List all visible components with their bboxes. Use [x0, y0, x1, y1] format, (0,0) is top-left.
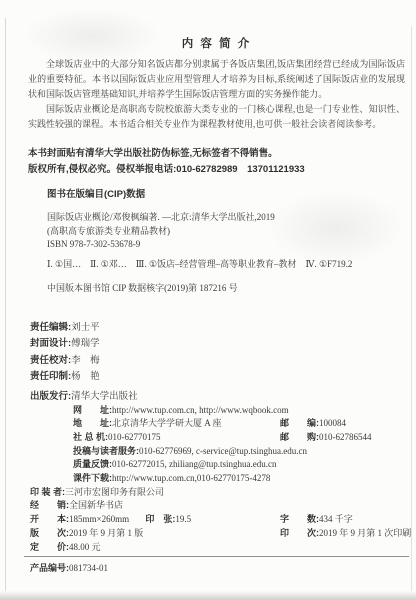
publishing-info: 出版发行:清华大学出版社 网 址:http://www.tup.com.cn, …	[28, 390, 405, 486]
publisher-website-row: 网 址:http://www.tup.com.cn, http://www.wq…	[28, 404, 405, 418]
printer-value: 三河市宏图印务有限公司	[65, 487, 164, 497]
notice-line-1: 本书封面贴有清华大学出版社防伪标签,无标签者不得销售。	[28, 146, 405, 162]
price-row: 定 价:48.00 元	[28, 541, 405, 555]
address-value: 北京清华大学学研大厦 A 座	[112, 418, 222, 428]
colophon-page: 内 容 简 介 全球饭店业中的大部分知名饭店都分别隶属于各饭店集团,饭店集团经营…	[0, 0, 416, 600]
print-info: 印 装 者:三河市宏图印务有限公司 经 销:全国新华书店 开 本:185mm×2…	[28, 486, 405, 555]
cip-heading: 图书在版编目(CIP)数据	[47, 188, 405, 201]
postcode-value: 100084	[319, 418, 346, 428]
price-label: 定 价:	[30, 542, 69, 552]
reader-service-label: 投稿与读者服务:	[73, 446, 139, 456]
mail-order-value: 010-62786544	[319, 432, 372, 442]
notice-line-2: 版权所有,侵权必究。侵权举报电话:010-62782989 1370112193…	[28, 162, 405, 178]
distributor-row: 经 销:全国新华书店	[28, 499, 405, 513]
cip-record-number: 中国版本图书馆 CIP 数据核字(2019)第 187216 号	[47, 282, 405, 296]
format-label: 开 本:	[30, 514, 69, 524]
postcode-pair: 邮 编:100084	[280, 417, 346, 431]
word-count-label: 字 数:	[280, 514, 319, 524]
impression-label: 印 次:	[280, 528, 319, 538]
printer-label: 印 装 者:	[30, 487, 65, 497]
publisher-label: 出版发行:	[30, 391, 71, 402]
website-label: 网 址:	[73, 405, 112, 415]
product-number-row: 产品编号:081734-01	[28, 562, 405, 575]
printer-row: 印 装 者:三河市宏图印务有限公司	[28, 486, 405, 500]
postcode-label: 邮 编:	[280, 418, 319, 428]
cip-isbn: ISBN 978-7-302-53678-9	[47, 238, 405, 252]
format-value: 185mm×260mm	[69, 514, 129, 524]
publisher-switchboard-row: 社 总 机:010-62770175 邮 购:010-62786544	[28, 431, 405, 445]
page-edge-bottom	[0, 591, 416, 600]
impression-value: 2019 年 9 月第 1 次印刷	[319, 528, 411, 538]
address-label: 地 址:	[73, 418, 112, 428]
impression-pair: 印 次:2019 年 9 月第 1 次印刷	[280, 527, 411, 541]
page-edge-left	[5, 18, 6, 592]
staff-value: 杨 艳	[71, 372, 100, 382]
courseware-value: http://www.tup.com.cn,010-62770175-4278	[112, 473, 270, 483]
staff-value: 刘士平	[71, 323, 100, 333]
publisher-address-row: 地 址:北京清华大学学研大厦 A 座 邮 编:100084	[28, 417, 405, 431]
summary-title: 内 容 简 介	[28, 38, 405, 51]
cip-series-line: (高职高专旅游类专业精品教材)	[47, 225, 405, 239]
mail-order-pair: 邮 购:010-62786544	[280, 431, 372, 445]
staff-value: 李 梅	[71, 356, 100, 366]
quality-feedback-row: 质量反馈:010-62772015, zhiliang@tup.tsinghua…	[28, 458, 405, 472]
staff-label: 责任印制:	[30, 371, 71, 382]
anti-piracy-notice: 本书封面贴有清华大学出版社防伪标签,无标签者不得销售。 版权所有,侵权必究。侵权…	[28, 146, 405, 178]
staff-row-editor: 责任编辑:刘士平	[30, 320, 405, 337]
edition-label: 版 次:	[30, 528, 69, 538]
format-row: 开 本:185mm×260mm 印 张:19.5 字 数:434 千字	[28, 513, 405, 527]
switchboard-value: 010-62770175	[108, 432, 161, 442]
staff-label: 责任编辑:	[30, 322, 71, 333]
staff-label: 责任校对:	[30, 355, 71, 366]
price-value: 48.00 元	[69, 542, 101, 552]
website-value: http://www.tup.com.cn, http://www.wqbook…	[112, 405, 289, 415]
summary-paragraph-1: 全球饭店业中的大部分知名饭店都分别隶属于各饭店集团,饭店集团经营已经成为国际饭店…	[28, 57, 405, 102]
distributor-value: 全国新华书店	[69, 500, 123, 510]
summary-paragraph-2: 国际饭店业概论是高职高专院校旅游大类专业的一门核心课程,也是一门专业性、知识性、…	[28, 102, 405, 132]
publisher-name: 清华大学出版社	[71, 392, 138, 402]
product-number-value: 081734-01	[69, 563, 108, 573]
word-count-value: 434 千字	[319, 514, 353, 524]
staff-credits: 责任编辑:刘士平 封面设计:傅瑞学 责任校对:李 梅 责任印制:杨 艳	[28, 320, 405, 386]
edition-row: 版 次:2019 年 9 月第 1 版 印 次:2019 年 9 月第 1 次印…	[28, 527, 405, 541]
staff-row-cover-design: 封面设计:傅瑞学	[30, 336, 405, 353]
page-edge-right	[411, 26, 412, 592]
switchboard-label: 社 总 机:	[73, 432, 108, 442]
reader-service-value: 010-62776969, c-service@tup.tsinghua.edu…	[139, 446, 307, 456]
edition-value: 2019 年 9 月第 1 版	[69, 528, 143, 538]
quality-feedback-value: 010-62772015, zhiliang@tup.tsinghua.edu.…	[112, 459, 277, 469]
cip-section: 图书在版编目(CIP)数据 国际饭店业概论/邓俊枫编著. —北京:清华大学出版社…	[28, 188, 405, 296]
word-count-pair: 字 数:434 千字	[280, 513, 353, 527]
cip-classification: Ⅰ. ①国… Ⅱ. ①邓… Ⅲ. ①饭店–经营管理–高等职业教育–教材 Ⅳ. ①…	[47, 258, 405, 272]
courseware-download-row: 课件下载:http://www.tup.com.cn,010-62770175-…	[28, 472, 405, 486]
mail-order-label: 邮 购:	[280, 432, 319, 442]
quality-feedback-label: 质量反馈:	[73, 459, 112, 469]
product-number-label: 产品编号:	[30, 563, 69, 573]
cip-title-line: 国际饭店业概论/邓俊枫编著. —北京:清华大学出版社,2019	[47, 211, 405, 225]
divider-rule	[24, 556, 409, 557]
cip-body: 国际饭店业概论/邓俊枫编著. —北京:清华大学出版社,2019 (高职高专旅游类…	[47, 211, 405, 296]
sheets-pair: 印 张:19.5	[145, 514, 191, 524]
sheets-value: 19.5	[175, 514, 191, 524]
page-content: 内 容 简 介 全球饭店业中的大部分知名饭店都分别隶属于各饭店集团,饭店集团经营…	[28, 0, 405, 575]
sheets-label: 印 张:	[145, 514, 175, 524]
courseware-label: 课件下载:	[73, 473, 112, 483]
staff-value: 傅瑞学	[71, 339, 100, 349]
reader-service-row: 投稿与读者服务:010-62776969, c-service@tup.tsin…	[28, 445, 405, 459]
staff-row-print-supervisor: 责任印制:杨 艳	[30, 369, 405, 386]
staff-row-proofreader: 责任校对:李 梅	[30, 353, 405, 370]
staff-label: 封面设计:	[30, 338, 71, 349]
publisher-row: 出版发行:清华大学出版社	[28, 390, 405, 404]
distributor-label: 经 销:	[30, 500, 69, 510]
